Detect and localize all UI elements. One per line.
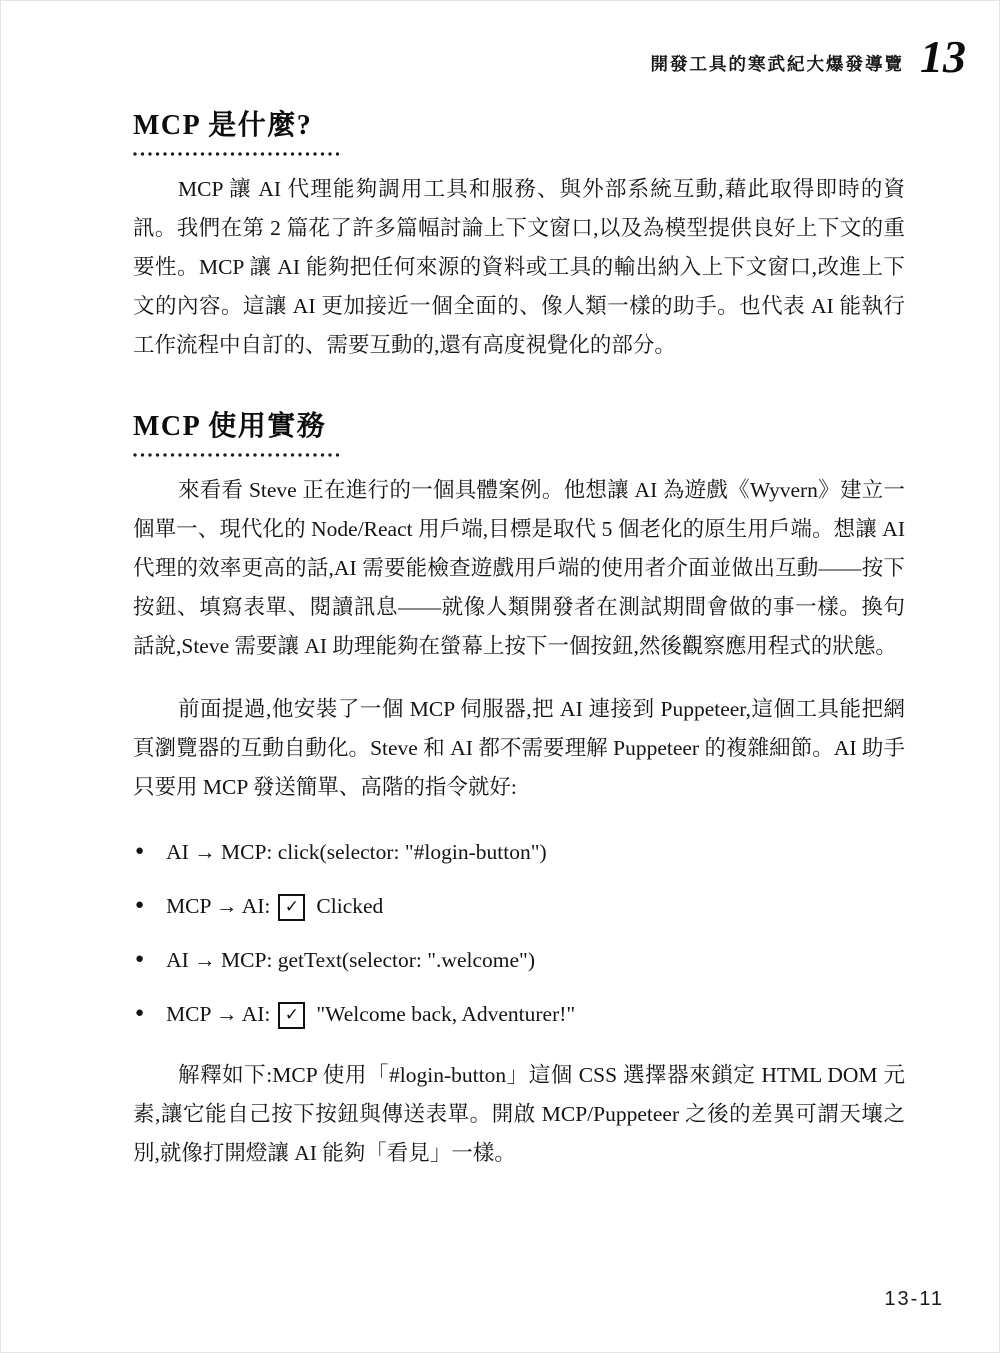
heading-dotted-rule <box>133 152 339 156</box>
bullet-text: AI → MCP: getText(selector: ".welcome") <box>166 941 535 980</box>
section-heading: MCP 使用實務 <box>133 409 905 445</box>
list-item: ● MCP → AI: ✓ Clicked <box>135 887 905 926</box>
book-page: 開發工具的寒武紀大爆發導覽 13 MCP 是什麼? MCP 讓 AI 代理能夠調… <box>0 0 1000 1353</box>
page-footer: 13-11 <box>884 1288 944 1311</box>
page-number: 13-11 <box>884 1288 944 1310</box>
bullet-icon: ● <box>135 832 144 871</box>
bullet-text: "Welcome back, Adventurer!" <box>316 995 575 1034</box>
section-mcp-in-practice: MCP 使用實務 來看看 Steve 正在進行的一個具體案例。他想讓 AI 為遊… <box>133 409 905 1173</box>
bullet-text: AI → MCP: click(selector: "#login-button… <box>166 833 547 872</box>
page-content: MCP 是什麼? MCP 讓 AI 代理能夠調用工具和服務、與外部系統互動,藉此… <box>133 108 905 1173</box>
running-head-title: 開發工具的寒武紀大爆發導覽 <box>651 39 905 76</box>
body-paragraph: 解釋如下:MCP 使用「#login-button」這個 CSS 選擇器來鎖定 … <box>133 1056 905 1173</box>
section-what-is-mcp: MCP 是什麼? MCP 讓 AI 代理能夠調用工具和服務、與外部系統互動,藉此… <box>133 108 905 365</box>
bullet-icon: ● <box>135 940 144 979</box>
bullet-text: MCP → AI: <box>166 995 270 1034</box>
body-paragraph: 前面提過,他安裝了一個 MCP 伺服器,把 AI 連接到 Puppeteer,這… <box>133 690 905 807</box>
running-head: 開發工具的寒武紀大爆發導覽 13 <box>651 34 967 80</box>
chapter-number: 13 <box>920 34 966 80</box>
bullet-text: Clicked <box>316 887 383 926</box>
checked-checkbox-icon: ✓ <box>278 894 305 921</box>
heading-dotted-rule <box>133 453 339 457</box>
list-item: ● MCP → AI: ✓ "Welcome back, Adventurer!… <box>135 995 905 1034</box>
bullet-text: MCP → AI: <box>166 887 270 926</box>
body-paragraph: MCP 讓 AI 代理能夠調用工具和服務、與外部系統互動,藉此取得即時的資訊。我… <box>133 170 905 365</box>
list-item: ● AI → MCP: click(selector: "#login-butt… <box>135 833 905 872</box>
mcp-command-list: ● AI → MCP: click(selector: "#login-butt… <box>133 833 905 1034</box>
bullet-icon: ● <box>135 886 144 925</box>
section-heading: MCP 是什麼? <box>133 108 905 144</box>
list-item: ● AI → MCP: getText(selector: ".welcome"… <box>135 941 905 980</box>
bullet-icon: ● <box>135 994 144 1033</box>
checked-checkbox-icon: ✓ <box>278 1002 305 1029</box>
body-paragraph: 來看看 Steve 正在進行的一個具體案例。他想讓 AI 為遊戲《Wyvern》… <box>133 471 905 666</box>
